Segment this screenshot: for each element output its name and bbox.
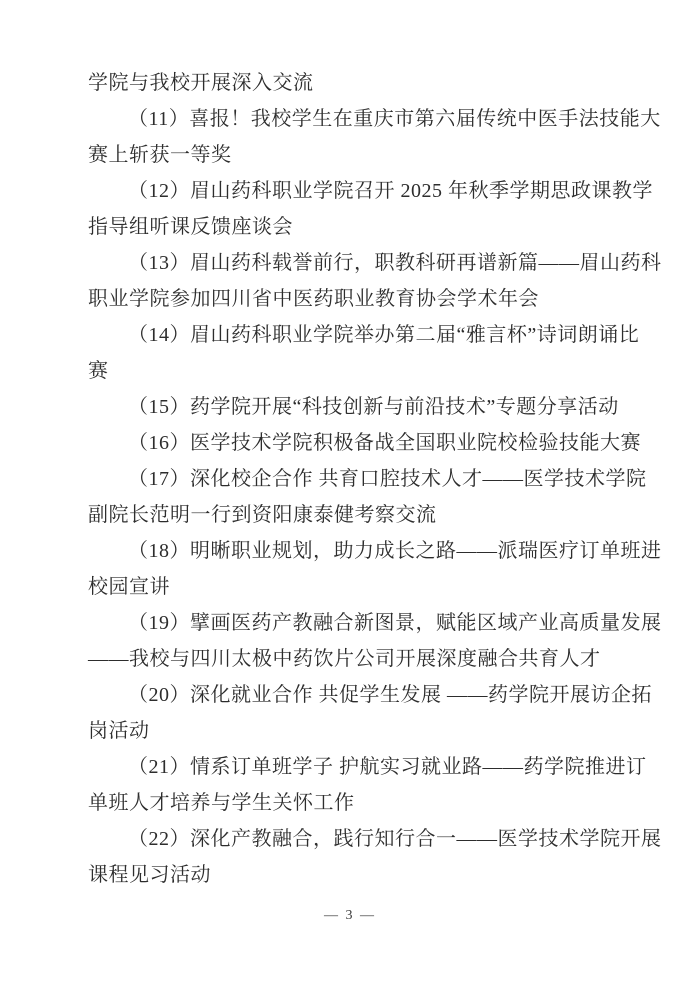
text-line: （21）情系订单班学子 护航实习就业路——药学院推进订 <box>88 749 622 785</box>
text-line: （22）深化产教融合，践行知行合一——医学技术学院开展 <box>88 821 622 857</box>
document-body: 学院与我校开展深入交流（11）喜报！我校学生在重庆市第六届传统中医手法技能大赛上… <box>88 65 622 893</box>
text-line: 学院与我校开展深入交流 <box>88 65 622 101</box>
text-line: （12）眉山药科职业学院召开 2025 年秋季学期思政课教学 <box>88 173 622 209</box>
text-line: 单班人才培养与学生关怀工作 <box>88 785 622 821</box>
text-line: （19）擘画医药产教融合新图景，赋能区域产业高质量发展 <box>88 605 622 641</box>
text-line: （13）眉山药科载誉前行，职教科研再谱新篇——眉山药科 <box>88 245 622 281</box>
document-page: 学院与我校开展深入交流（11）喜报！我校学生在重庆市第六届传统中医手法技能大赛上… <box>0 0 700 989</box>
text-line: 副院长范明一行到资阳康泰健考察交流 <box>88 497 622 533</box>
text-line: 岗活动 <box>88 713 622 749</box>
text-line: 校园宣讲 <box>88 569 622 605</box>
page-number: — 3 — <box>0 908 700 924</box>
text-line: （17）深化校企合作 共育口腔技术人才——医学技术学院 <box>88 461 622 497</box>
text-line: 课程见习活动 <box>88 857 622 893</box>
text-line: 职业学院参加四川省中医药职业教育协会学术年会 <box>88 281 622 317</box>
text-line: （20）深化就业合作 共促学生发展 ——药学院开展访企拓 <box>88 677 622 713</box>
text-line: 赛上斩获一等奖 <box>88 137 622 173</box>
text-line: （14）眉山药科职业学院举办第二届“雅言杯”诗词朗诵比 <box>88 317 622 353</box>
text-line: 指导组听课反馈座谈会 <box>88 209 622 245</box>
text-line: （15）药学院开展“科技创新与前沿技术”专题分享活动 <box>88 389 622 425</box>
text-line: （18）明晰职业规划，助力成长之路——派瑞医疗订单班进 <box>88 533 622 569</box>
text-line: ——我校与四川太极中药饮片公司开展深度融合共育人才 <box>88 641 622 677</box>
text-line: （11）喜报！我校学生在重庆市第六届传统中医手法技能大 <box>88 101 622 137</box>
text-line: 赛 <box>88 353 622 389</box>
text-line: （16）医学技术学院积极备战全国职业院校检验技能大赛 <box>88 425 622 461</box>
